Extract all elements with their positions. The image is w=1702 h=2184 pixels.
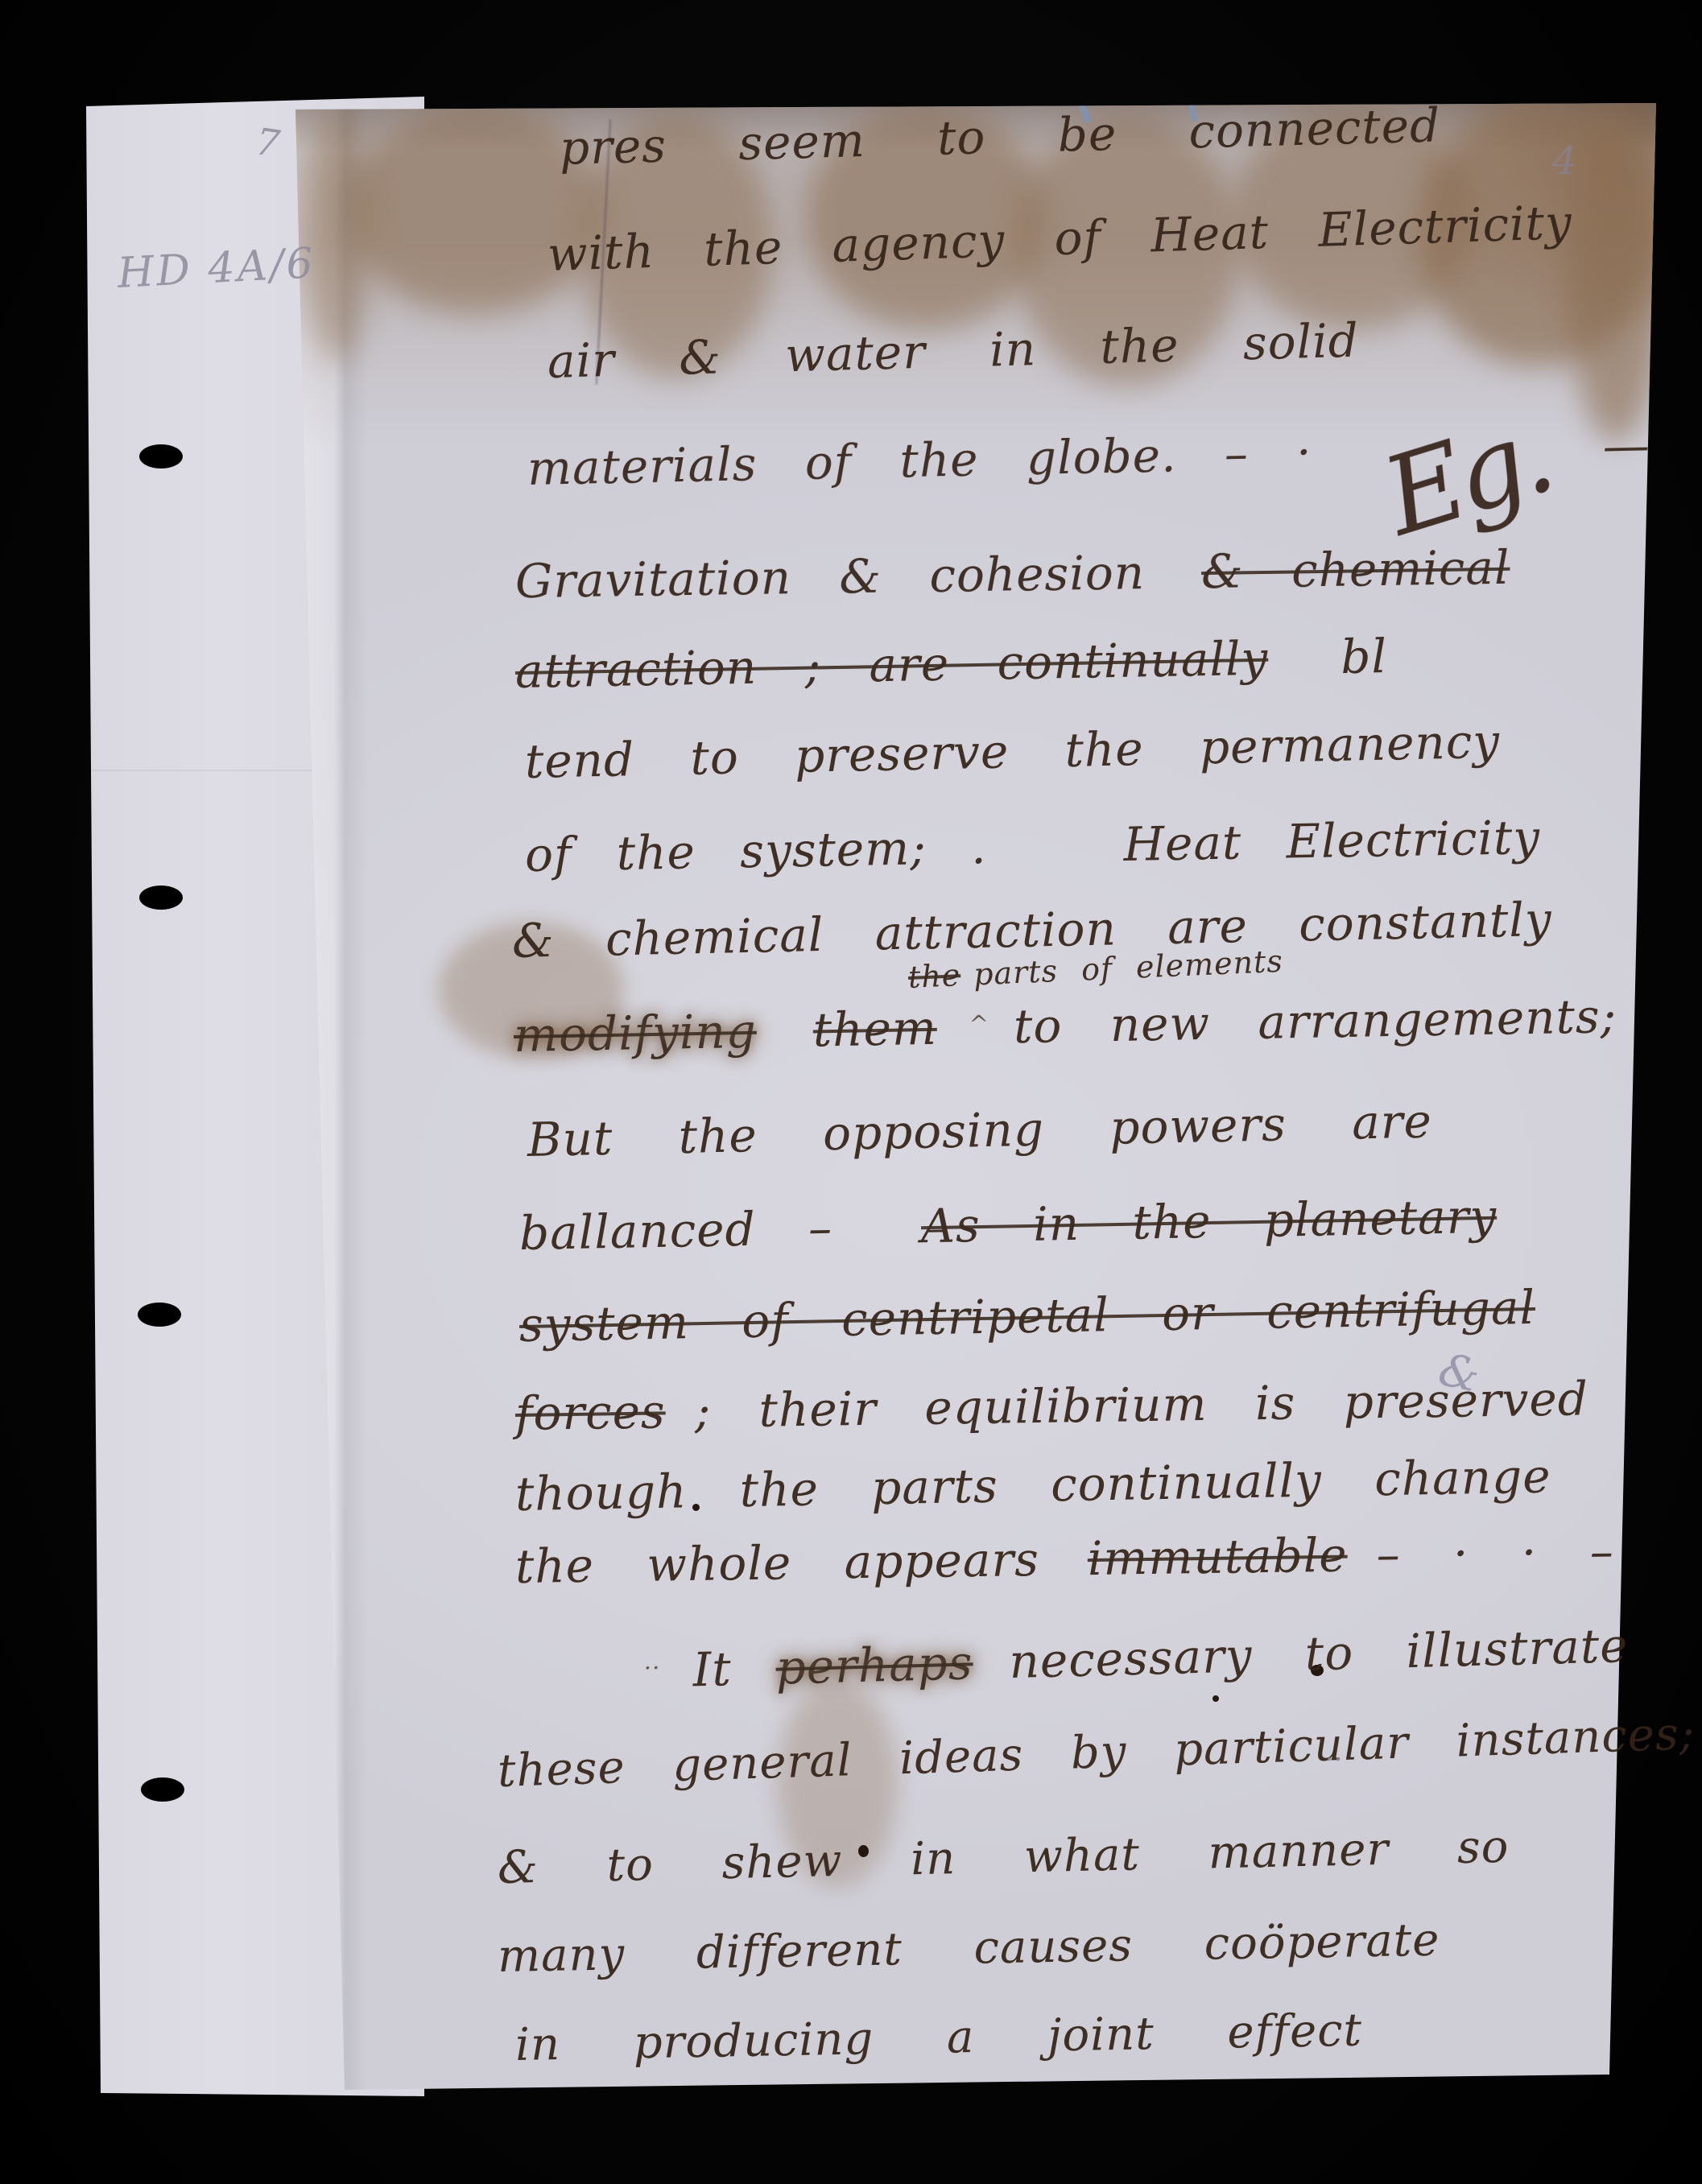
line-segment: necessary to illustrate [1009,1618,1630,1689]
manuscript-line: ··Itperhapsnecessary to illustrate [643,1618,1629,1699]
manuscript-line: But the opposing powers are [527,1093,1432,1167]
line-segment: attraction ; are continually [514,631,1268,699]
line-segment: Heat Electricity [1123,810,1541,872]
ink-layer: pres seem to be connectedwith the agency… [0,0,1702,2184]
line-segment: ^ [969,1009,989,1037]
manuscript-line: system of centripetal or centrifugal [518,1280,1535,1352]
manuscript-line: in producing a joint effect [514,2004,1362,2071]
line-segment: & chemical [1201,540,1510,599]
line-segment: system of centripetal or centrifugal [518,1280,1535,1352]
line-segment: As in the planetary [920,1189,1497,1253]
line-segment: But the opposing powers are [527,1093,1432,1167]
line-segment: – · · – [1376,1524,1614,1582]
line-segment: It [692,1641,733,1697]
line-segment: in producing a joint effect [514,2004,1362,2071]
line-segment: & to shew in what manner so [497,1821,1510,1894]
line-segment: the [907,957,961,995]
line-segment: to new arrangements; [1013,989,1617,1054]
line-segment: immutable [1087,1528,1348,1587]
page-number: 4 [1552,138,1577,184]
line-segment: forces [515,1384,667,1441]
line-segment: pres seem to be connected [559,97,1441,175]
margin-pencil-ticks: ·· [1325,1744,1343,1776]
line-segment: Gravitation & cohesion [515,545,1146,609]
manuscript-line: with the agency of Heat Electricity [547,195,1573,282]
manuscript-line: attraction ; are continuallybl [514,629,1387,699]
manuscript-line: air & water in the solid [547,313,1359,389]
line-segment: them [812,1001,937,1058]
line-segment: tend to preserve the permanency [524,714,1500,789]
line-segment: the whole appears [515,1532,1040,1594]
manuscript-line: Gravitation & cohesion& chemical [515,540,1510,609]
line-segment: bl [1341,629,1388,684]
line-segment: modifying [513,1004,757,1063]
line-segment: — [1602,418,1650,473]
manuscript-line: of the system; .Heat Electricity [524,810,1540,882]
manuscript-line: these general ideas by particular instan… [497,1707,1696,1798]
manuscript-line: & to shew in what manner so [497,1821,1510,1894]
manuscript-line: tend to preserve the permanency [524,714,1500,789]
line-segment: air & water in the solid [547,313,1359,389]
line-segment: these general ideas by particular instan… [497,1707,1696,1798]
line-segment: though the parts continually change [514,1449,1551,1521]
photo-background: pres seem to be connectedwith the agency… [0,0,1702,2184]
line-segment: ballanced – [518,1200,832,1261]
line-segment: perhaps [775,1635,974,1695]
manuscript-line: though the parts continually change [514,1449,1551,1521]
manuscript-line: ballanced –As in the planetary [518,1189,1497,1261]
line-segment: of the system; . [524,820,987,882]
manuscript-line: modifyingthem^to new arrangements; [513,989,1617,1063]
manuscript-line: pres seem to be connected [559,97,1441,175]
manuscript-line: many different causes coöperate [497,1914,1440,1983]
line-segment: Eg. [1389,453,1543,501]
manuscript-line: forces; their equilibrium is preserved [515,1371,1589,1441]
line-segment: materials of the globe. – · [527,425,1312,496]
line-segment: ·· [643,1653,660,1682]
archive-label: HD 4A/6 [116,239,316,298]
line-segment: with the agency of Heat Electricity [547,195,1573,282]
line-segment: many different causes coöperate [497,1914,1440,1983]
manuscript-line: the whole appearsimmutable– · · – [515,1524,1615,1594]
manuscript-line: materials of the globe. – ·Eg.— [527,418,1650,497]
